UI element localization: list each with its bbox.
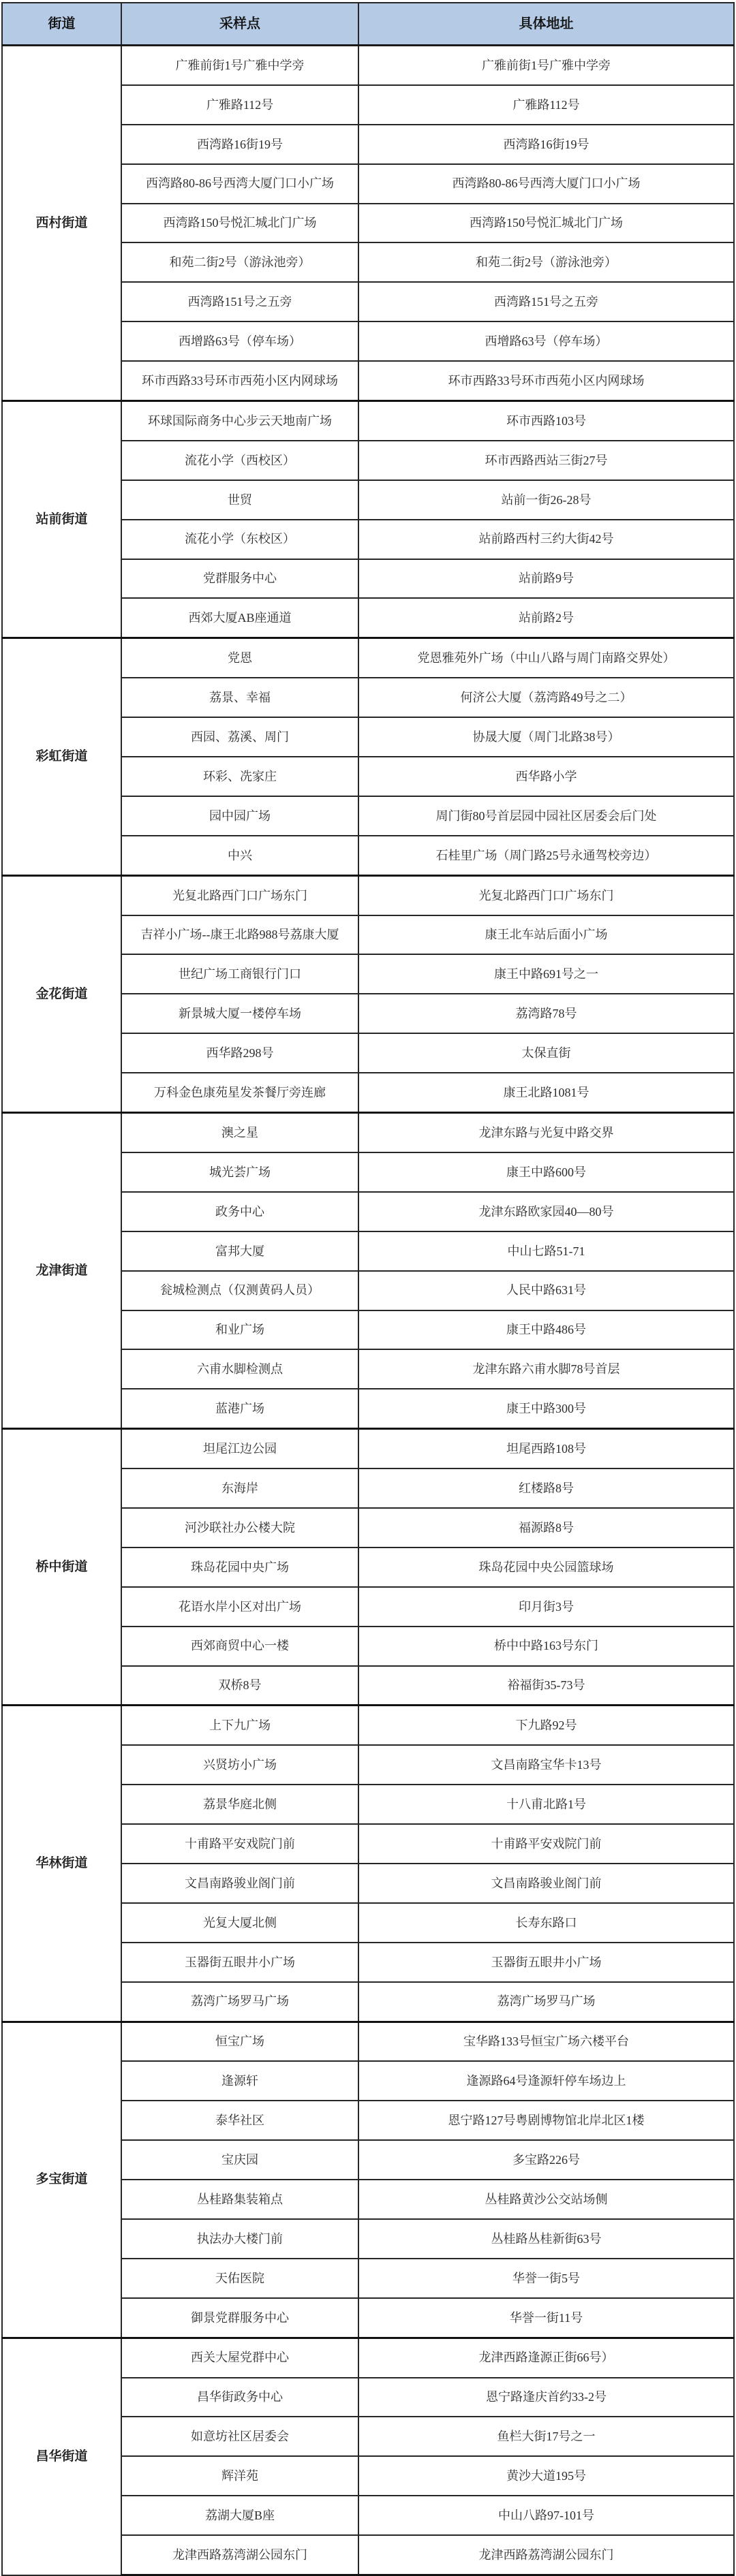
address-cell: 华誉一街11号 [358,2298,734,2338]
site-cell: 上下九广场 [121,1706,358,1745]
address-cell: 中山七路51-71 [358,1231,734,1271]
site-cell: 光复北路西门口广场东门 [121,875,358,915]
street-cell: 桥中街道 [2,1429,121,1706]
table-body: 西村街道广雅前街1号广雅中学旁广雅前街1号广雅中学旁广雅路112号广雅路112号… [2,46,734,2575]
table-row: 桥中街道坦尾江边公园坦尾西路108号 [2,1429,734,1468]
address-cell: 红楼路8号 [358,1468,734,1508]
site-cell: 党恩 [121,638,358,678]
address-cell: 珠岛花园中央公园篮球场 [358,1548,734,1587]
address-cell: 康王北车站后面小广场 [358,915,734,955]
site-cell: 瓮城检测点（仅测黄码人员） [121,1271,358,1310]
site-cell: 丛桂路集装箱点 [121,2180,358,2219]
address-cell: 下九路92号 [358,1706,734,1745]
table-row: 昌华街道西关大屋党群中心龙津西路逢源正街66号） [2,2338,734,2377]
address-cell: 福源路8号 [358,1508,734,1548]
table-row: 彩虹街道党恩党恩雅苑外广场（中山八路与周门南路交界处） [2,638,734,678]
site-cell: 西园、荔溪、周门 [121,717,358,757]
address-cell: 文昌南路宝华卡13号 [358,1745,734,1785]
site-cell: 荔湾广场罗马广场 [121,1982,358,2022]
site-cell: 辉洋苑 [121,2456,358,2496]
site-cell: 党群服务中心 [121,559,358,599]
site-cell: 广雅前街1号广雅中学旁 [121,46,358,85]
site-cell: 流花小学（东校区） [121,520,358,559]
address-cell: 玉器街五眼井小广场 [358,1943,734,1982]
address-cell: 康王中路691号之一 [358,954,734,994]
site-cell: 和苑二街2号（游泳池旁） [121,242,358,282]
address-cell: 长寿东路口 [358,1903,734,1943]
column-header-address: 具体地址 [358,3,734,46]
site-cell: 荔湖大厦B座 [121,2496,358,2535]
site-cell: 珠岛花园中央广场 [121,1548,358,1587]
site-cell: 宝庆园 [121,2140,358,2180]
address-cell: 广雅路112号 [358,85,734,125]
site-cell: 恒宝广场 [121,2022,358,2061]
site-cell: 荔景华庭北侧 [121,1785,358,1824]
site-cell: 世纪广场工商银行门口 [121,954,358,994]
column-header-street: 街道 [2,3,121,46]
address-cell: 党恩雅苑外广场（中山八路与周门南路交界处） [358,638,734,678]
site-cell: 昌华街政务中心 [121,2378,358,2417]
site-cell: 流花小学（西校区） [121,441,358,480]
address-cell: 站前一街26-28号 [358,480,734,520]
site-cell: 西华路298号 [121,1033,358,1073]
street-cell: 彩虹街道 [2,638,121,875]
address-cell: 站前路西村三约大街42号 [358,520,734,559]
address-cell: 西湾路150号悦汇城北门广场 [358,204,734,243]
site-cell: 和业广场 [121,1310,358,1350]
table-row: 华林街道上下九广场下九路92号 [2,1706,734,1745]
site-cell: 西郊商贸中心一楼 [121,1627,358,1666]
address-cell: 恩宁路127号粤剧博物馆北岸北区1楼 [358,2101,734,2140]
address-cell: 十八甫北路1号 [358,1785,734,1824]
site-cell: 逢源轩 [121,2061,358,2101]
address-cell: 龙津西路荔湾湖公园东门 [358,2535,734,2575]
address-cell: 龙津西路逢源正街66号） [358,2338,734,2377]
site-cell: 如意坊社区居委会 [121,2417,358,2456]
site-cell: 西湾路151号之五旁 [121,282,358,321]
table-row: 多宝街道恒宝广场宝华路133号恒宝广场六楼平台 [2,2022,734,2061]
address-cell: 黄沙大道195号 [358,2456,734,2496]
site-cell: 泰华社区 [121,2101,358,2140]
site-cell: 西郊大厦AB座通道 [121,598,358,638]
site-cell: 六甫水脚检测点 [121,1349,358,1389]
address-cell: 裕福街35-73号 [358,1666,734,1706]
street-cell: 金花街道 [2,875,121,1112]
address-cell: 广雅前街1号广雅中学旁 [358,46,734,85]
address-cell: 丛桂路丛桂新街63号 [358,2219,734,2259]
address-cell: 坦尾西路108号 [358,1429,734,1468]
site-cell: 龙津西路荔湾湖公园东门 [121,2535,358,2575]
site-cell: 光复大厦北侧 [121,1903,358,1943]
street-cell: 昌华街道 [2,2338,121,2575]
address-cell: 逢源路64号逢源轩停车场边上 [358,2061,734,2101]
site-cell: 环球国际商务中心步云天地南广场 [121,401,358,441]
address-cell: 多宝路226号 [358,2140,734,2180]
site-cell: 荔景、幸福 [121,678,358,717]
address-cell: 荔湾路78号 [358,994,734,1033]
street-cell: 站前街道 [2,401,121,638]
page: 街道 采样点 具体地址 西村街道广雅前街1号广雅中学旁广雅前街1号广雅中学旁广雅… [0,0,736,2576]
site-cell: 中兴 [121,836,358,875]
address-cell: 何济公大厦（荔湾路49号之二） [358,678,734,717]
table-row: 站前街道环球国际商务中心步云天地南广场环市西路103号 [2,401,734,441]
address-cell: 龙津东路欧家园40—80号 [358,1192,734,1231]
site-cell: 执法办大楼门前 [121,2219,358,2259]
address-cell: 十甫路平安戏院门前 [358,1824,734,1864]
site-cell: 园中园广场 [121,796,358,836]
street-cell: 华林街道 [2,1706,121,2022]
site-cell: 十甫路平安戏院门前 [121,1824,358,1864]
site-cell: 蓝港广场 [121,1389,358,1428]
street-cell: 多宝街道 [2,2022,121,2338]
address-cell: 文昌南路骏业阁门前 [358,1864,734,1903]
address-cell: 康王北路1081号 [358,1073,734,1112]
address-cell: 印月街3号 [358,1587,734,1627]
site-cell: 西湾路16街19号 [121,125,358,164]
site-cell: 吉祥小广场--康王北路988号荔康大厦 [121,915,358,955]
table-row: 金花街道光复北路西门口广场东门光复北路西门口广场东门 [2,875,734,915]
site-cell: 坦尾江边公园 [121,1429,358,1468]
table-row: 龙津街道澳之星龙津东路与光复中路交界 [2,1113,734,1152]
site-cell: 文昌南路骏业阁门前 [121,1864,358,1903]
address-cell: 西湾路80-86号西湾大厦门口小广场 [358,164,734,204]
address-cell: 中山八路97-101号 [358,2496,734,2535]
address-cell: 人民中路631号 [358,1271,734,1310]
address-cell: 鱼栏大街17号之一 [358,2417,734,2456]
address-cell: 和苑二街2号（游泳池旁） [358,242,734,282]
site-cell: 西关大屋党群中心 [121,2338,358,2377]
site-cell: 御景党群服务中心 [121,2298,358,2338]
site-cell: 花语水岸小区对出广场 [121,1587,358,1627]
site-cell: 万科金色康苑星发茶餐厅旁连廊 [121,1073,358,1112]
address-cell: 站前路2号 [358,598,734,638]
site-cell: 西增路63号（停车场） [121,321,358,361]
site-cell: 澳之星 [121,1113,358,1152]
sampling-sites-table: 街道 采样点 具体地址 西村街道广雅前街1号广雅中学旁广雅前街1号广雅中学旁广雅… [1,2,735,2576]
address-cell: 站前路9号 [358,559,734,599]
address-cell: 西湾路16街19号 [358,125,734,164]
site-cell: 西湾路150号悦汇城北门广场 [121,204,358,243]
address-cell: 恩宁路逢庆首约33-2号 [358,2378,734,2417]
address-cell: 协晟大厦（周门北路38号） [358,717,734,757]
address-cell: 环市西路33号环市西苑小区内网球场 [358,361,734,400]
address-cell: 丛桂路黄沙公交站场侧 [358,2180,734,2219]
site-cell: 玉器街五眼井小广场 [121,1943,358,1982]
street-cell: 龙津街道 [2,1113,121,1429]
address-cell: 环市西路103号 [358,401,734,441]
site-cell: 新景城大厦一楼停车场 [121,994,358,1033]
site-cell: 天佑医院 [121,2259,358,2298]
street-cell: 西村街道 [2,46,121,401]
address-cell: 康王中路300号 [358,1389,734,1428]
header-row: 街道 采样点 具体地址 [2,3,734,46]
address-cell: 康王中路486号 [358,1310,734,1350]
table-header: 街道 采样点 具体地址 [2,3,734,46]
address-cell: 西华路小学 [358,757,734,796]
site-cell: 广雅路112号 [121,85,358,125]
table-row: 西村街道广雅前街1号广雅中学旁广雅前街1号广雅中学旁 [2,46,734,85]
site-cell: 环市西路33号环市西苑小区内网球场 [121,361,358,400]
site-cell: 城光荟广场 [121,1152,358,1192]
address-cell: 华誉一街5号 [358,2259,734,2298]
address-cell: 龙津东路六甫水脚78号首层 [358,1349,734,1389]
site-cell: 富邦大厦 [121,1231,358,1271]
site-cell: 环彩、冼家庄 [121,757,358,796]
address-cell: 西湾路151号之五旁 [358,282,734,321]
address-cell: 石桂里广场（周门路25号永通驾校旁边） [358,836,734,875]
address-cell: 环市西路西站三街27号 [358,441,734,480]
address-cell: 康王中路600号 [358,1152,734,1192]
site-cell: 西湾路80-86号西湾大厦门口小广场 [121,164,358,204]
site-cell: 世贸 [121,480,358,520]
site-cell: 东海岸 [121,1468,358,1508]
site-cell: 政务中心 [121,1192,358,1231]
address-cell: 光复北路西门口广场东门 [358,875,734,915]
address-cell: 龙津东路与光复中路交界 [358,1113,734,1152]
address-cell: 周门街80号首层园中园社区居委会后门处 [358,796,734,836]
address-cell: 太保直街 [358,1033,734,1073]
column-header-site: 采样点 [121,3,358,46]
address-cell: 桥中中路163号东门 [358,1627,734,1666]
address-cell: 西增路63号（停车场） [358,321,734,361]
site-cell: 兴贤坊小广场 [121,1745,358,1785]
site-cell: 双桥8号 [121,1666,358,1706]
address-cell: 宝华路133号恒宝广场六楼平台 [358,2022,734,2061]
address-cell: 荔湾广场罗马广场 [358,1982,734,2022]
site-cell: 河沙联社办公楼大院 [121,1508,358,1548]
